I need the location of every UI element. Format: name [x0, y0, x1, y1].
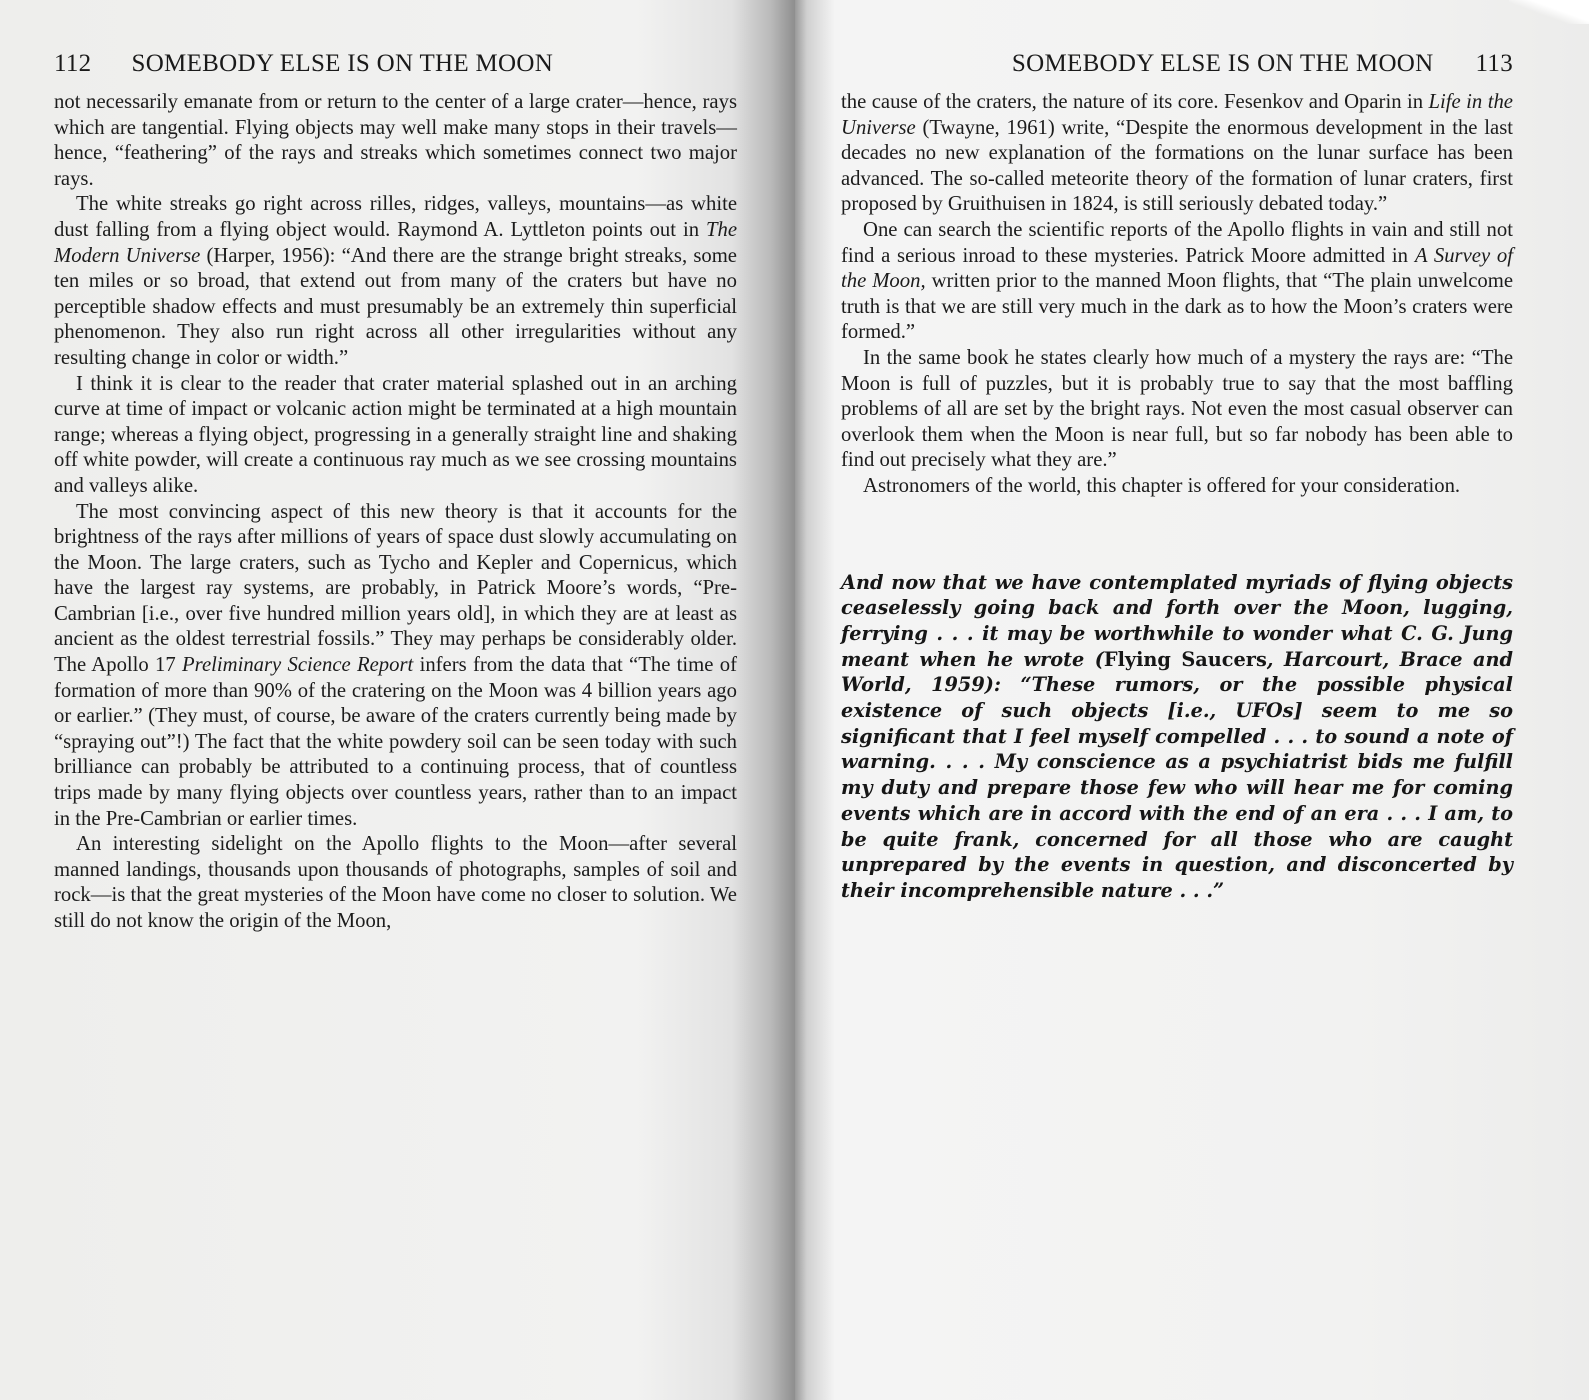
right-page-body: the cause of the craters, the nature of … [841, 90, 1513, 500]
text-run: not necessarily emanate from or return t… [54, 91, 737, 190]
paragraph: I think it is clear to the reader that c… [54, 372, 737, 500]
paragraph: the cause of the craters, the nature of … [841, 90, 1513, 218]
text-run: the cause of the craters, the nature of … [841, 91, 1429, 113]
right-running-head: SOMEBODY ELSE IS ON THE MOON 113 [841, 50, 1513, 86]
paragraph: An interesting sidelight on the Apollo f… [54, 832, 737, 934]
text-run: The most convincing aspect of this new t… [54, 501, 737, 677]
right-running-title: SOMEBODY ELSE IS ON THE MOON [1012, 50, 1434, 78]
text-run: written prior to the manned Moon flights… [841, 270, 1513, 343]
page-corner-fold [1509, 0, 1589, 24]
left-running-title: SOMEBODY ELSE IS ON THE MOON [131, 50, 553, 78]
text-run: infers from the data that “The time of f… [54, 654, 737, 830]
book-title-italic: Preliminary Science Report [182, 654, 413, 676]
text-run: The white streaks go right across rilles… [54, 193, 737, 241]
chapter-closing-epigraph: And now that we have contemplated myriad… [841, 570, 1513, 904]
right-page-number: 113 [1476, 50, 1513, 78]
book-spread: 112 SOMEBODY ELSE IS ON THE MOON not nec… [0, 0, 1589, 1400]
text-run: I think it is clear to the reader that c… [54, 373, 737, 497]
paragraph: In the same book he states clearly how m… [841, 346, 1513, 474]
left-page-body: not necessarily emanate from or return t… [54, 90, 737, 935]
right-page: SOMEBODY ELSE IS ON THE MOON 113 the cau… [795, 0, 1589, 1400]
text-run: One can search the scientific reports of… [841, 219, 1513, 267]
paragraph: One can search the scientific reports of… [841, 218, 1513, 346]
text-run: In the same book he states clearly how m… [841, 347, 1513, 471]
text-run: , Harcourt, Brace and World, 1959): “The… [841, 648, 1513, 902]
left-page: 112 SOMEBODY ELSE IS ON THE MOON not nec… [0, 0, 795, 1400]
text-run: An interesting sidelight on the Apollo f… [54, 833, 737, 932]
paragraph: not necessarily emanate from or return t… [54, 90, 737, 192]
text-run: (Twayne, 1961) write, “Despite the enorm… [841, 117, 1513, 216]
text-run: Astronomers of the world, this chapter i… [863, 475, 1460, 497]
book-title-upright: Flying Saucers [1104, 648, 1267, 671]
paragraph: The white streaks go right across rilles… [54, 192, 737, 371]
left-page-number: 112 [54, 50, 91, 78]
left-running-head: 112 SOMEBODY ELSE IS ON THE MOON [54, 50, 737, 86]
paragraph: The most convincing aspect of this new t… [54, 500, 737, 833]
paragraph: Astronomers of the world, this chapter i… [841, 474, 1513, 500]
